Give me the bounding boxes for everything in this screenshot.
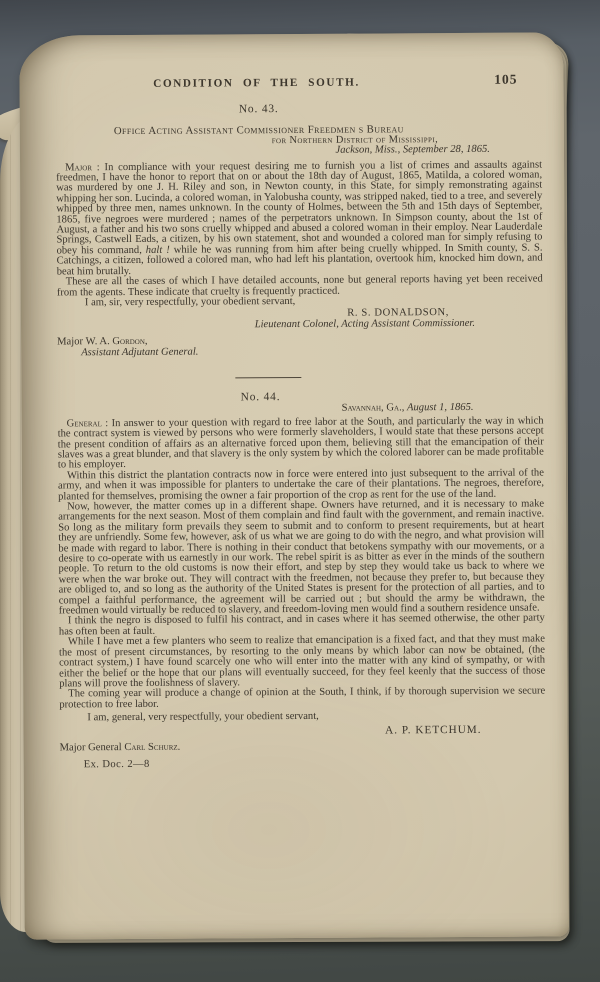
doc43-section-number: No. 43.	[16, 103, 502, 116]
doc44-addressee-name: Carl Schurz.	[124, 742, 180, 753]
doc44-dateline-place: Savannah, Ga.,	[342, 403, 405, 414]
book-page: CONDITION OF THE SOUTH. 105 No. 43. Offi…	[19, 32, 569, 939]
doc44-signature-name: A. P. KETCHUM.	[59, 724, 545, 737]
doc44-dateline: Savannah, Ga., August 1, 1865.	[58, 403, 544, 416]
doc44-paragraph-5: While I have met a few planters who seem…	[59, 635, 545, 690]
doc44-paragraph-2: Within this district the plantation cont…	[58, 468, 544, 502]
book-photo-scene: CONDITION OF THE SOUTH. 105 No. 43. Offi…	[0, 0, 600, 982]
doc43-addressee-name: W. A. Gordon,	[86, 336, 148, 347]
doc44-addressee-rank: Major General	[60, 742, 122, 753]
page-number: 105	[494, 75, 517, 86]
doc44-paragraph-6: The coming year will produce a change of…	[59, 687, 545, 711]
doc43-closing-line: I am, sir, very respectfully, your obedi…	[57, 295, 543, 308]
doc44-dateline-date: August 1, 1865.	[407, 402, 474, 413]
doc44-addressee: Major General Carl Schurz.	[60, 740, 546, 753]
doc44-paragraph-1: General : In answer to your question wit…	[58, 416, 544, 471]
running-header-row: CONDITION OF THE SOUTH. 105	[56, 76, 542, 97]
doc44-paragraph-1-text: : In answer to your question with regard…	[58, 415, 544, 471]
section-divider-rule	[235, 377, 301, 378]
doc43-paragraph-1: Major : In compliance with your request …	[56, 160, 543, 277]
doc43-signature-title: Lieutenant Colonel, Acting Assistant Com…	[57, 318, 543, 331]
doc43-addressee-rank: Major	[57, 336, 83, 347]
doc43-paragraph-1-text-a: : In compliance with your request desiri…	[56, 159, 542, 256]
running-head-title: CONDITION OF THE SOUTH.	[14, 77, 500, 90]
doc44-footer-doc-number: Ex. Doc. 2—8	[60, 758, 546, 771]
doc44-paragraph-3: Now, however, the matter comes up in a d…	[58, 499, 545, 616]
doc44-closing-line: I am, general, very respectfully, your o…	[59, 711, 545, 724]
page-content: CONDITION OF THE SOUTH. 105 No. 43. Offi…	[56, 76, 546, 771]
doc43-paragraph-2: These are all the cases of which I have …	[57, 275, 543, 299]
doc43-addressee-title: Assistant Adjutant General.	[57, 345, 543, 358]
